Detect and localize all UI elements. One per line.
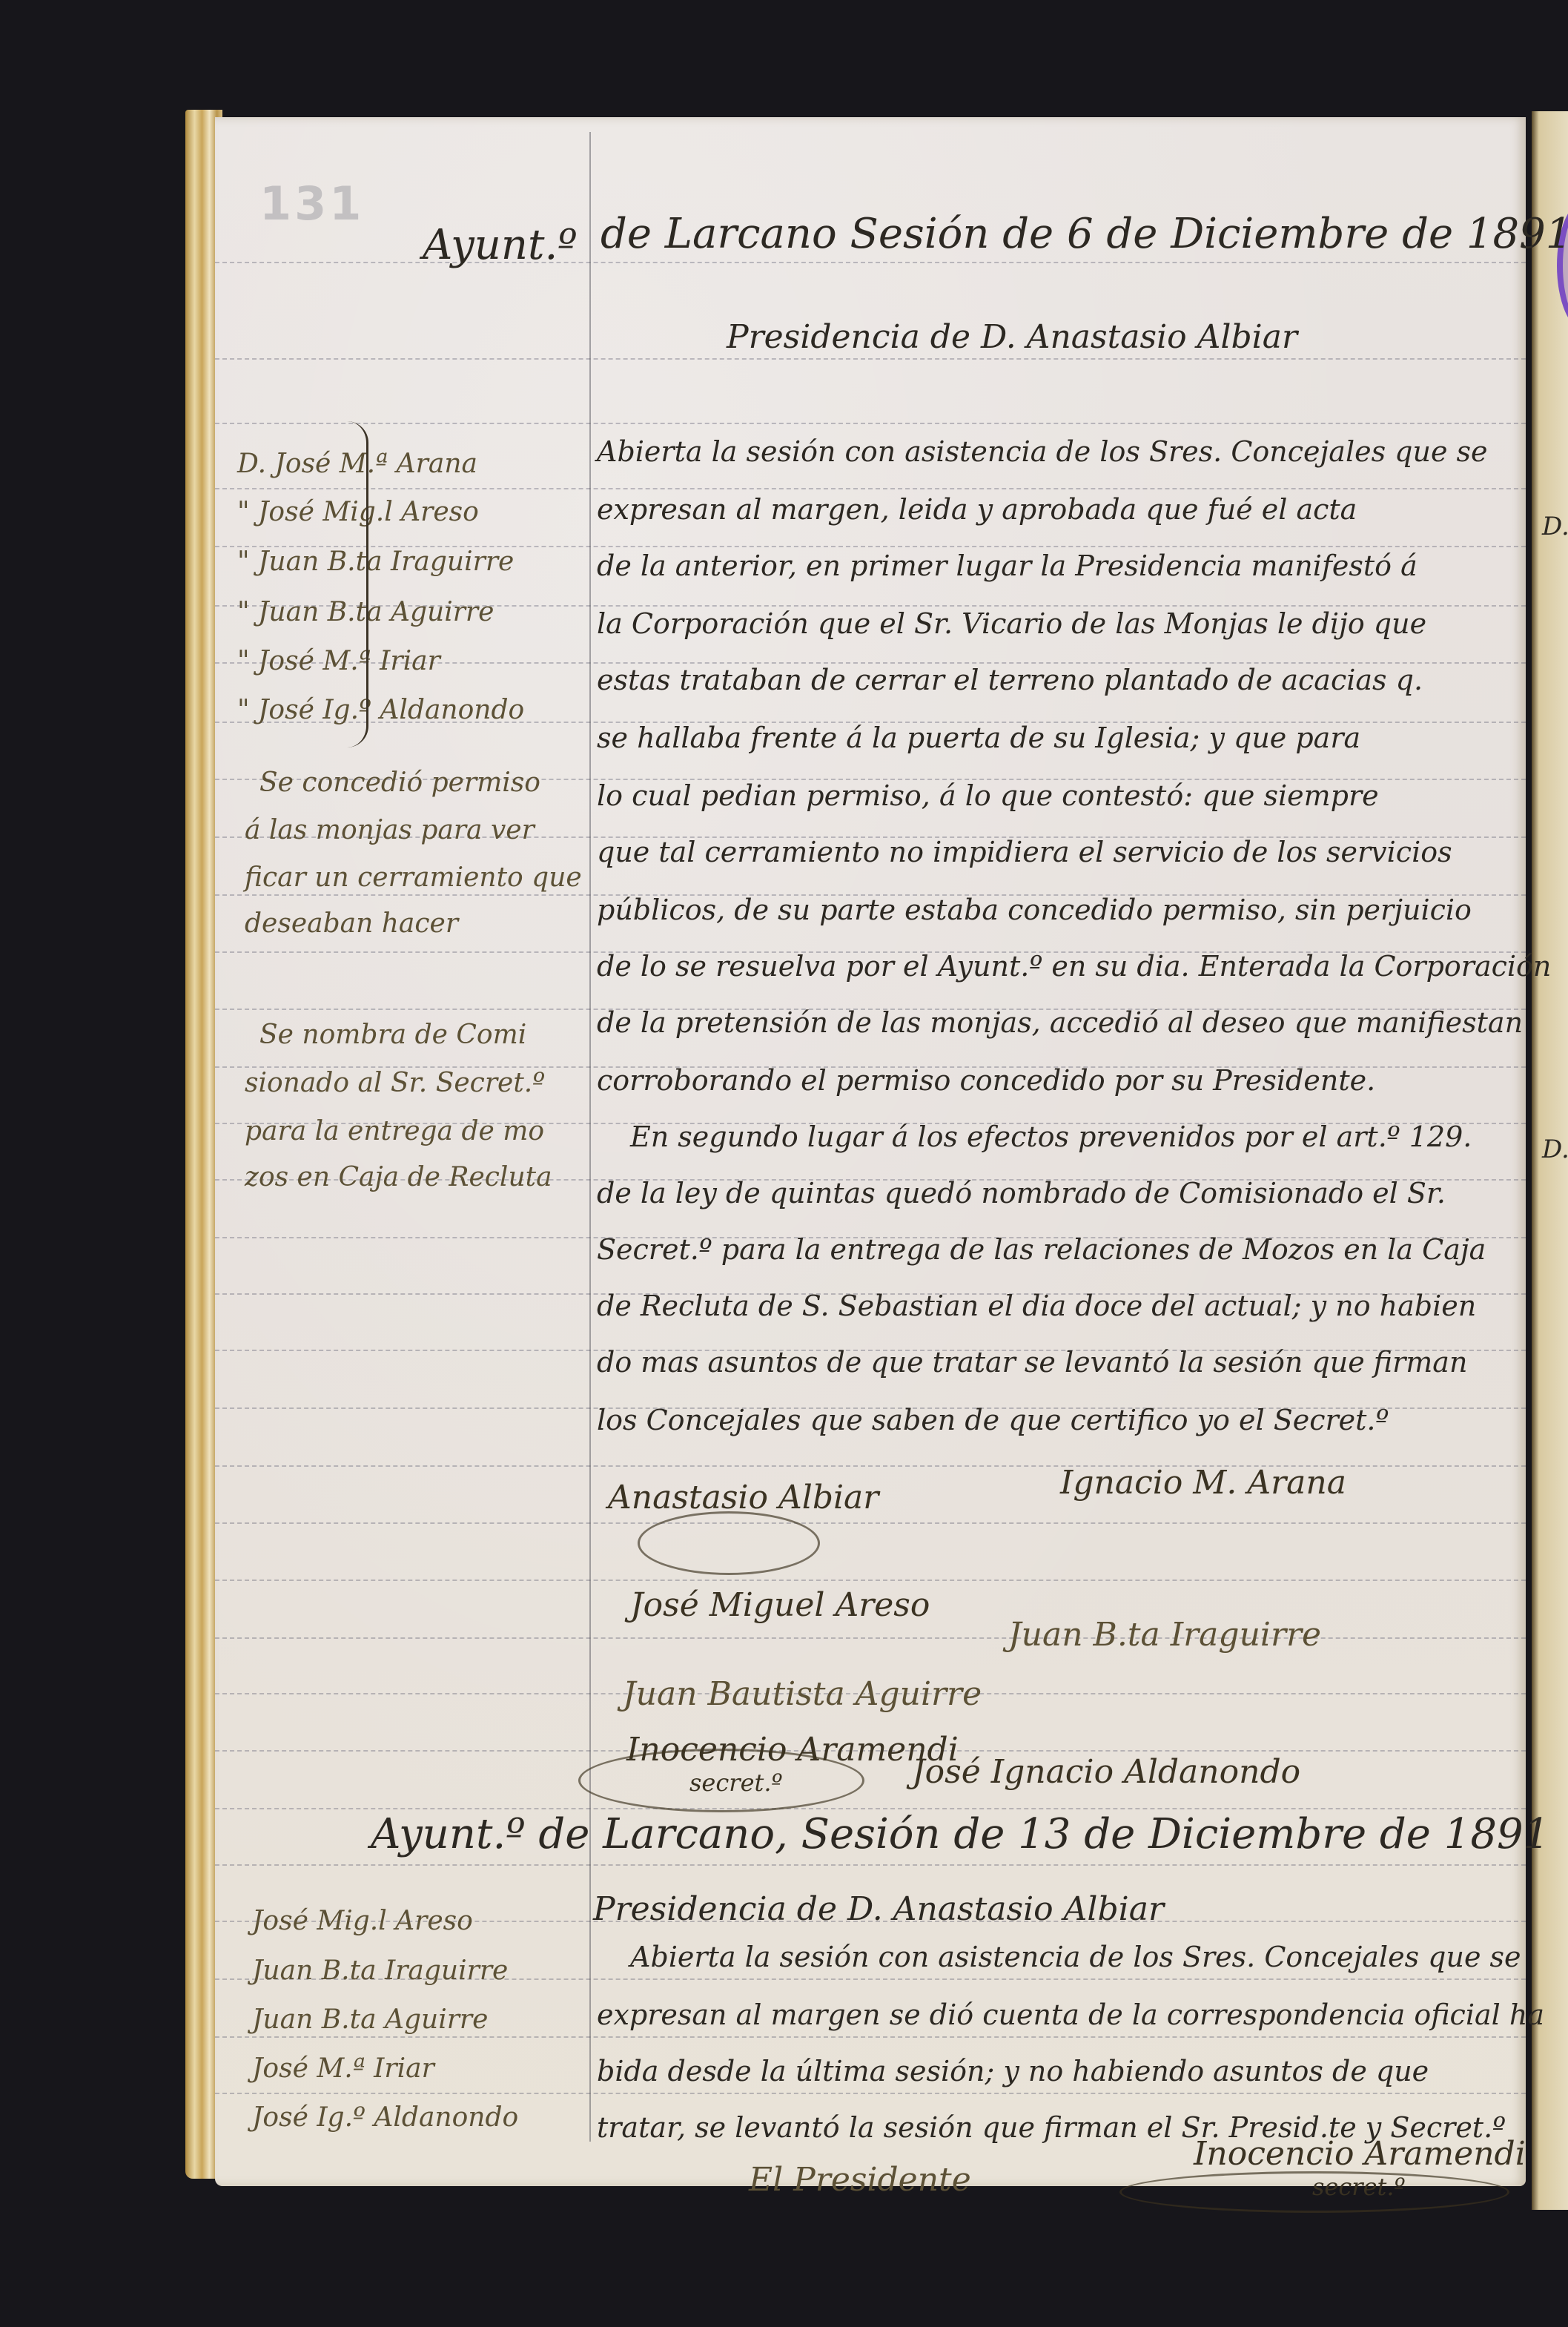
entry-2-presidency: Presidencia de D. Anastasio Albiar: [593, 1893, 1164, 1926]
attendee: " José M.ª Iriar: [237, 648, 440, 675]
secretary-signature: Inocencio Aramendi: [1194, 2138, 1526, 2171]
entry-1-body-line: de la pretensión de las monjas, accedió …: [597, 1009, 1523, 1037]
entry-2-heading: Ayunt.º de Larcano, Sesión de 13 de Dici…: [371, 1814, 1549, 1855]
attendee: " José Ig.º Aldanondo: [237, 697, 524, 724]
signature: Juan B.ta Iraguirre: [1008, 1619, 1321, 1651]
entry-1-body-line: expresan al margen, leida y aprobada que…: [597, 495, 1357, 524]
entry-1-body-line: de la ley de quintas quedó nombrado de C…: [597, 1179, 1446, 1207]
entry-1-presidency: Presidencia de D. Anastasio Albiar: [727, 321, 1297, 354]
entry-1-body-line: que tal cerramiento no impidiera el serv…: [597, 838, 1452, 866]
margin-note-2-line: para la entrega de mo: [245, 1118, 544, 1145]
entry-1-body-line: lo cual pedian permiso, á lo que contest…: [597, 782, 1379, 810]
signature-flourish: [638, 1511, 820, 1575]
facing-page-text: D.: [1542, 512, 1568, 541]
entry-1-body-line: Secret.º para la entrega de las relacion…: [597, 1235, 1486, 1264]
manuscript-page: 131 Ayunt.º de Larcano Sesión de 6 de Di…: [215, 117, 1526, 2186]
margin-note-1-line: ficar un cerramiento que: [245, 865, 582, 891]
margin-note-2-line: zos en Caja de Recluta: [245, 1164, 552, 1191]
margin-note-1-line: á las monjas para ver: [245, 817, 535, 844]
margin-note-1-line: deseaban hacer: [245, 911, 458, 937]
president-label: El Presidente: [749, 2164, 971, 2196]
entry-1-body-line: de lo se resuelva por el Ayunt.º en su d…: [597, 952, 1551, 980]
attendee: " Juan B.ta Iraguirre: [237, 549, 514, 575]
attendee: José M.ª Iriar: [252, 2056, 434, 2082]
entry-1-body-line: de la anterior, en primer lugar la Presi…: [597, 552, 1418, 580]
entry-1-body-line: Abierta la sesión con asistencia de los …: [597, 438, 1488, 466]
entry-2-body-line: Abierta la sesión con asistencia de los …: [630, 1943, 1521, 1971]
signature-flourish: [578, 1749, 864, 1812]
signature: Anastasio Albiar: [608, 1482, 879, 1514]
signature-flourish: [1119, 2171, 1509, 2213]
margin-note-2-line: sionado al Sr. Secret.º: [245, 1070, 545, 1097]
entry-1-body-line: públicos, de su parte estaba concedido p…: [597, 896, 1472, 924]
signature: José Miguel Areso: [630, 1589, 930, 1622]
margin-note-2-line: Se nombra de Comi: [259, 1022, 526, 1049]
facing-page-text: D.: [1542, 1135, 1568, 1164]
entry-1-body-line: En segundo lugar á los efectos prevenido…: [630, 1123, 1472, 1151]
entry-1-body-line: la Corporación que el Sr. Vicario de las…: [597, 610, 1426, 638]
entry-1-heading: de Larcano Sesión de 6 de Diciembre de 1…: [601, 214, 1568, 255]
attendee: Juan B.ta Aguirre: [252, 2007, 488, 2033]
entry-1-body-line: los Concejales que saben de que certific…: [597, 1406, 1389, 1434]
entry-1-body-line: corroborando el permiso concedido por su…: [597, 1066, 1375, 1095]
margin-note-1-line: Se concedió permiso: [259, 770, 540, 796]
entry-2-body-line: expresan al margen se dió cuenta de la c…: [597, 2001, 1544, 2029]
signature: Juan Bautista Aguirre: [623, 1678, 982, 1711]
attendee: José Ig.º Aldanondo: [252, 2105, 518, 2131]
attendee: Juan B.ta Iraguirre: [252, 1958, 508, 1984]
entry-1-body-line: se hallaba frente á la puerta de su Igle…: [597, 724, 1360, 752]
attendee: José Mig.l Areso: [252, 1908, 473, 1935]
attendee-brace: [347, 421, 368, 747]
entry-1-heading-left: Ayunt.º: [423, 225, 578, 266]
entry-1-body-line: do mas asuntos de que tratar se levantó …: [597, 1348, 1467, 1376]
page-number: 131: [259, 176, 364, 231]
signature: José Ignacio Aldanondo: [912, 1756, 1300, 1789]
entry-1-body-line: de Recluta de S. Sebastian el dia doce d…: [597, 1292, 1476, 1320]
entry-2-body-line: bida desde la última sesión; y no habien…: [597, 2057, 1429, 2085]
entry-1-body-line: estas trataban de cerrar el terreno plan…: [597, 666, 1423, 694]
signature: Ignacio M. Arana: [1060, 1467, 1346, 1499]
